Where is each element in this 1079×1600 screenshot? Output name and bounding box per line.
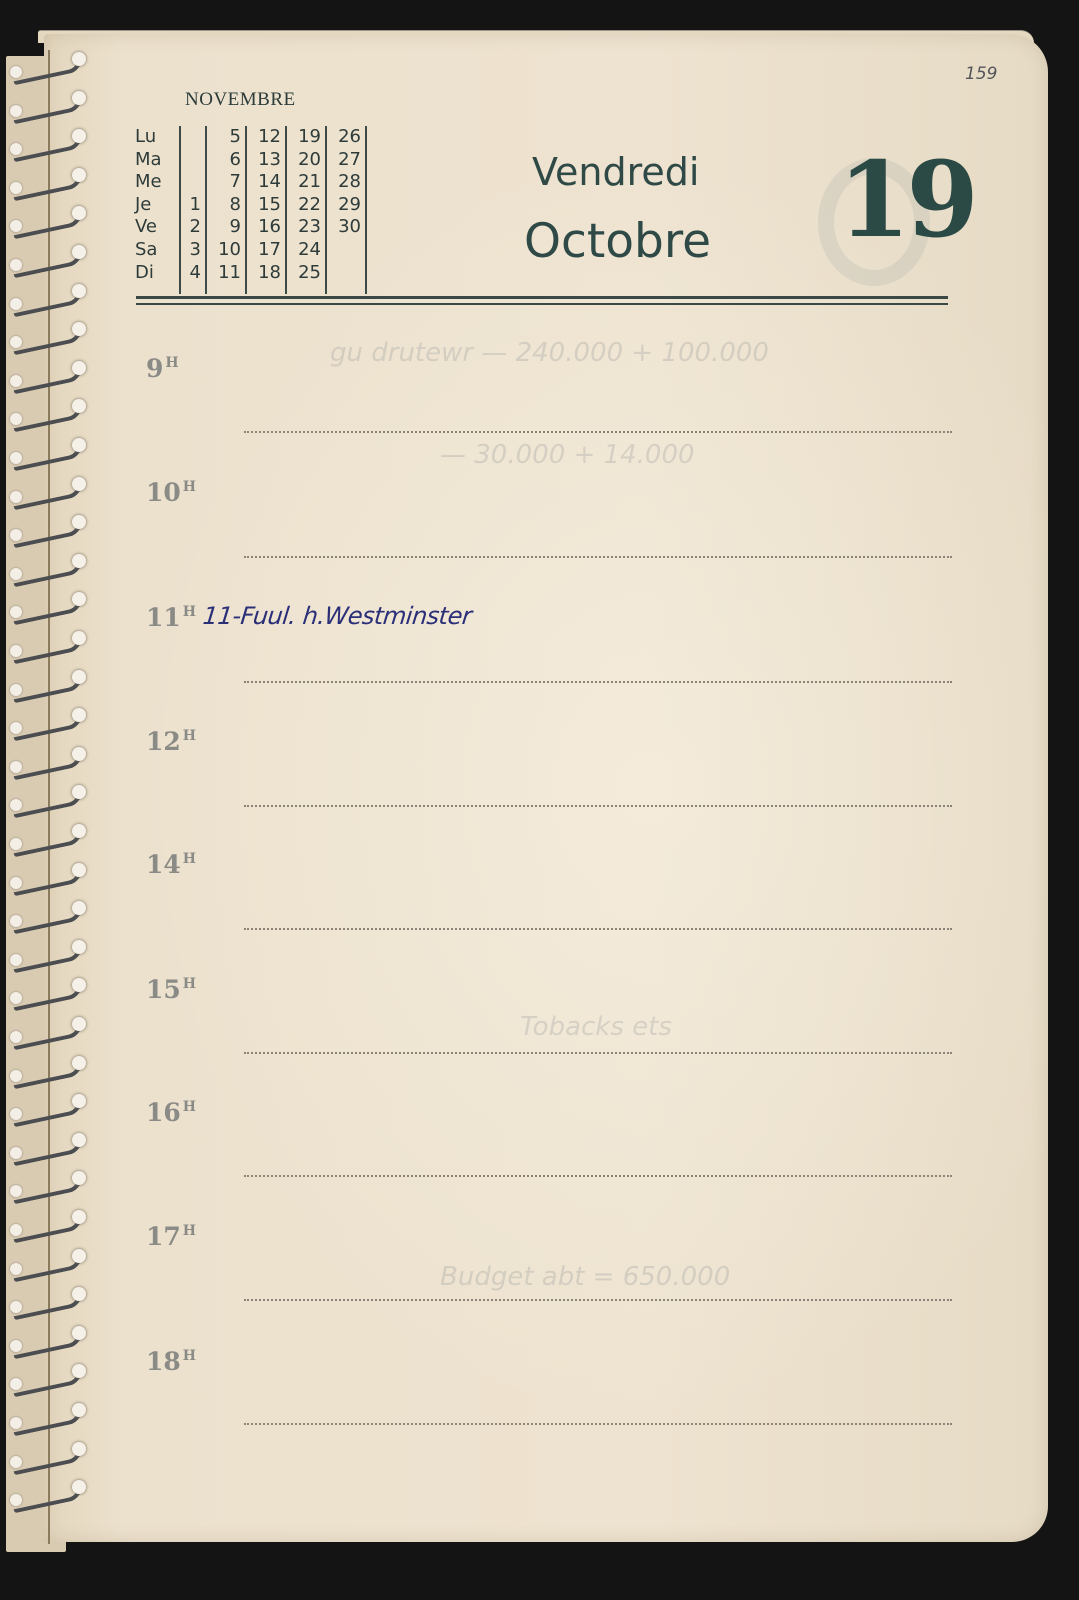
mini-calendar-date — [326, 262, 366, 295]
spiral-ring — [10, 714, 82, 734]
mini-calendar-date: 23 — [286, 216, 326, 239]
mini-calendar-row: Ma6132027 — [135, 149, 366, 172]
mini-calendar-weekday: Lu — [135, 126, 180, 149]
punch-hole — [72, 863, 86, 877]
mini-calendar-weekday: Ve — [135, 216, 180, 239]
spiral-ring — [10, 753, 82, 773]
hour-label: 11H — [146, 603, 196, 632]
mini-calendar-date — [180, 171, 206, 194]
mini-calendar-date — [180, 149, 206, 172]
mini-calendar-row: Di4111825 — [135, 262, 366, 295]
dotted-writing-line — [244, 928, 952, 930]
spiral-ring — [10, 946, 82, 966]
mini-calendar-weekday: Di — [135, 262, 180, 295]
bleed-through-text: Tobacks ets — [520, 1012, 672, 1042]
hour-suffix: H — [183, 728, 196, 744]
spiral-ring — [10, 1332, 82, 1352]
spiral-ring — [10, 598, 82, 618]
mini-calendar-row: Ve29162330 — [135, 216, 366, 239]
dotted-writing-line — [244, 1175, 952, 1177]
spiral-ring — [10, 444, 82, 464]
spiral-ring — [10, 907, 82, 927]
punch-hole — [72, 284, 86, 298]
hour-number: 11 — [146, 603, 181, 632]
mini-calendar-date: 4 — [180, 262, 206, 295]
mini-calendar-date: 28 — [326, 171, 366, 194]
hour-suffix: H — [183, 479, 196, 495]
punch-hole — [72, 245, 86, 259]
hour-suffix: H — [183, 1223, 196, 1239]
bleed-through-text: gu drutewr — 240.000 + 100.000 — [330, 338, 769, 368]
mini-calendar-weekday: Ma — [135, 149, 180, 172]
mini-calendar-date: 15 — [246, 194, 286, 217]
spiral-ring — [10, 328, 82, 348]
hour-suffix: H — [183, 604, 196, 620]
spiral-ring — [10, 1255, 82, 1275]
punch-hole — [72, 747, 86, 761]
spiral-ring — [10, 560, 82, 580]
header-rule — [136, 296, 948, 299]
hour-label: 15H — [146, 975, 196, 1004]
punch-hole — [72, 438, 86, 452]
spiral-ring — [10, 1370, 82, 1390]
punch-hole — [72, 1133, 86, 1147]
punch-hole — [72, 670, 86, 684]
mini-calendar-date: 19 — [286, 126, 326, 149]
mini-calendar-date: 2 — [180, 216, 206, 239]
bleed-through-text: — 30.000 + 14.000 — [440, 440, 695, 470]
punch-hole — [72, 1442, 86, 1456]
hour-number: 10 — [146, 478, 181, 507]
mini-calendar-date: 22 — [286, 194, 326, 217]
mini-calendar-date: 10 — [206, 239, 246, 262]
spiral-ring — [10, 97, 82, 117]
spiral-ring — [10, 58, 82, 78]
spiral-ring — [10, 1062, 82, 1082]
spiral-ring — [10, 135, 82, 155]
mini-calendar-month: NOVEMBRE — [185, 89, 296, 111]
hour-label: 12H — [146, 727, 196, 756]
month-title: Octobre — [524, 214, 711, 269]
spiral-ring — [10, 637, 82, 657]
spiral-ring — [10, 1486, 82, 1506]
mini-calendar-date — [180, 126, 206, 149]
spiral-ring — [10, 174, 82, 194]
mini-calendar-date: 8 — [206, 194, 246, 217]
spiral-ring — [10, 1177, 82, 1197]
spiral-ring — [10, 791, 82, 811]
hour-number: 14 — [146, 850, 181, 879]
spiral-ring — [10, 984, 82, 1004]
spiral-ring — [10, 290, 82, 310]
hour-number: 9 — [146, 354, 163, 383]
hour-suffix: H — [165, 355, 178, 371]
dotted-writing-line — [244, 431, 952, 433]
punch-hole — [72, 91, 86, 105]
hour-suffix: H — [183, 1348, 196, 1364]
hour-number: 15 — [146, 975, 181, 1004]
hour-number: 12 — [146, 727, 181, 756]
spiral-ring — [10, 367, 82, 387]
mini-calendar-weekday: Je — [135, 194, 180, 217]
mini-calendar-date: 24 — [286, 239, 326, 262]
hour-suffix: H — [183, 851, 196, 867]
dotted-writing-line — [244, 1423, 952, 1425]
hour-label: 9H — [146, 354, 179, 383]
punch-hole — [72, 1017, 86, 1031]
punch-hole — [72, 361, 86, 375]
punch-hole — [72, 477, 86, 491]
spiral-ring — [10, 212, 82, 232]
spiral-ring — [10, 1409, 82, 1429]
mini-calendar-date: 30 — [326, 216, 366, 239]
mini-calendar-date: 27 — [326, 149, 366, 172]
mini-calendar-row: Sa3101724 — [135, 239, 366, 262]
hour-suffix: H — [183, 976, 196, 992]
mini-calendar-date: 16 — [246, 216, 286, 239]
dotted-writing-line — [244, 556, 952, 558]
punch-hole — [72, 940, 86, 954]
spiral-ring — [10, 405, 82, 425]
dotted-writing-line — [244, 1299, 952, 1301]
spiral-ring — [10, 1448, 82, 1468]
punch-hole — [72, 631, 86, 645]
mini-calendar-date: 20 — [286, 149, 326, 172]
dotted-writing-line — [244, 1052, 952, 1054]
dotted-writing-line — [244, 805, 952, 807]
dotted-writing-line — [244, 681, 952, 683]
mini-calendar-date: 3 — [180, 239, 206, 262]
spiral-ring — [10, 830, 82, 850]
hour-number: 18 — [146, 1347, 181, 1376]
mini-calendar-date: 26 — [326, 126, 366, 149]
spiral-ring — [10, 869, 82, 889]
bleed-through-text: Budget abt = 650.000 — [440, 1262, 730, 1292]
punch-hole — [72, 554, 86, 568]
mini-calendar-date: 6 — [206, 149, 246, 172]
hour-label: 14H — [146, 850, 196, 879]
spiral-ring — [10, 1139, 82, 1159]
weekday-title: Vendredi — [532, 150, 699, 194]
spiral-ring — [10, 1100, 82, 1120]
mini-calendar-date: 9 — [206, 216, 246, 239]
handwritten-entry-11h: 11-Fuul. h.Westminster — [202, 602, 473, 630]
hour-label: 18H — [146, 1347, 196, 1376]
spiral-ring — [10, 1023, 82, 1043]
spiral-ring — [10, 483, 82, 503]
hour-label: 17H — [146, 1222, 196, 1251]
hour-number: 16 — [146, 1098, 181, 1127]
mini-calendar-date: 13 — [246, 149, 286, 172]
mini-calendar: Lu5121926Ma6132027Me7142128Je18152229Ve2… — [135, 126, 367, 294]
hour-label: 16H — [146, 1098, 196, 1127]
mini-calendar-weekday: Me — [135, 171, 180, 194]
spiral-ring — [10, 676, 82, 696]
mini-calendar-weekday: Sa — [135, 239, 180, 262]
mini-calendar-date: 5 — [206, 126, 246, 149]
mini-calendar-date: 14 — [246, 171, 286, 194]
hour-label: 10H — [146, 478, 196, 507]
mini-calendar-row: Je18152229 — [135, 194, 366, 217]
day-number: 19 — [838, 138, 975, 261]
spiral-ring — [10, 1216, 82, 1236]
punch-hole — [72, 168, 86, 182]
punch-hole — [72, 52, 86, 66]
mini-calendar-date: 7 — [206, 171, 246, 194]
spiral-ring — [10, 251, 82, 271]
mini-calendar-date: 29 — [326, 194, 366, 217]
mini-calendar-row: Me7142128 — [135, 171, 366, 194]
mini-calendar-row: Lu5121926 — [135, 126, 366, 149]
mini-calendar-date: 25 — [286, 262, 326, 295]
spiral-ring — [10, 1293, 82, 1313]
mini-calendar-date: 1 — [180, 194, 206, 217]
punch-hole — [72, 1249, 86, 1263]
punch-hole — [72, 1210, 86, 1224]
mini-calendar-date: 18 — [246, 262, 286, 295]
punch-hole — [72, 1403, 86, 1417]
mini-calendar-date: 11 — [206, 262, 246, 295]
punch-hole — [72, 1056, 86, 1070]
spiral-ring — [10, 521, 82, 541]
mini-calendar-date: 17 — [246, 239, 286, 262]
punch-hole — [72, 1326, 86, 1340]
mini-calendar-date: 12 — [246, 126, 286, 149]
mini-calendar-date — [326, 239, 366, 262]
header-rule — [136, 303, 948, 305]
hour-suffix: H — [183, 1099, 196, 1115]
hour-number: 17 — [146, 1222, 181, 1251]
mini-calendar-date: 21 — [286, 171, 326, 194]
page-number: 159 — [965, 64, 997, 84]
punch-hole — [72, 824, 86, 838]
